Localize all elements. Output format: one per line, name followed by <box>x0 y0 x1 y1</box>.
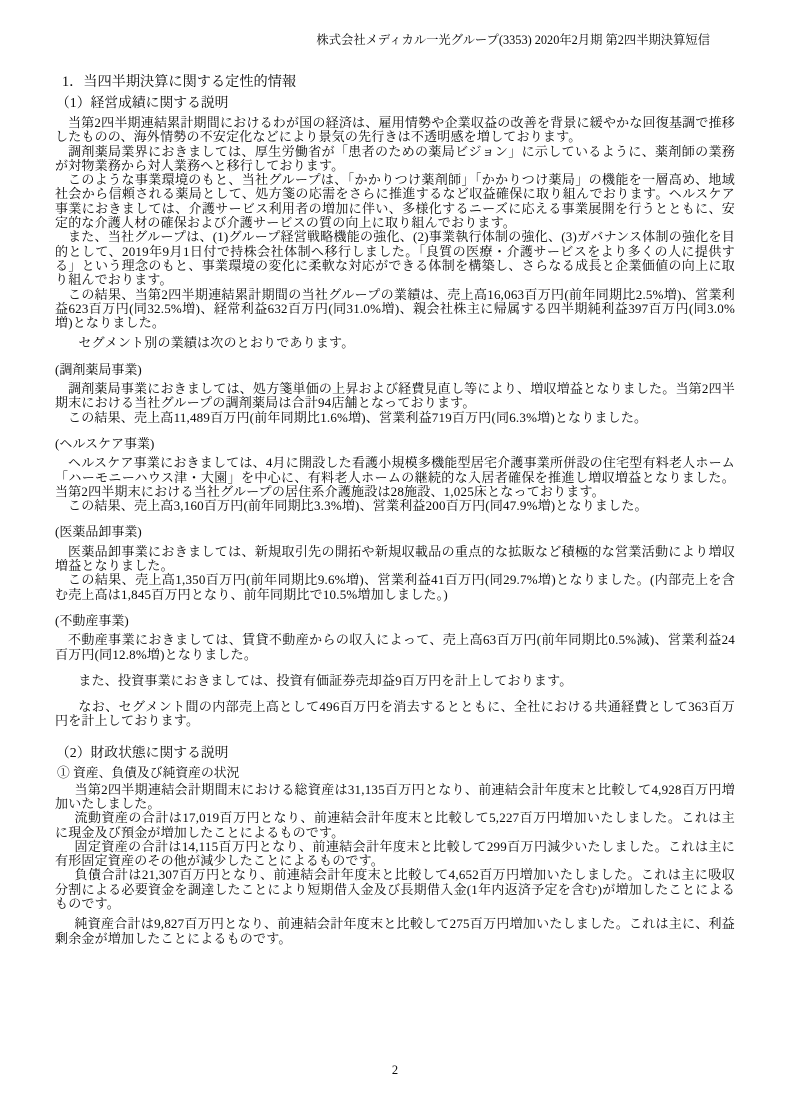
report-page: 株式会社メディカル一光グループ(3353) 2020年2月期 第2四半期決算短信… <box>0 0 790 1118</box>
doc-header: 株式会社メディカル一光グループ(3353) 2020年2月期 第2四半期決算短信 <box>55 33 735 48</box>
paragraph-investment-business: また、投資事業におきましては、投資有価証券売却益9百万円を計上しております。 <box>55 674 735 688</box>
paragraph-healthcare-results: この結果、売上高3,160百万円(前年同期比3.3%増)、営業利益200百万円(… <box>55 499 735 513</box>
paragraph-dispensing-pharmacy: 調剤薬局事業におきましては、処方箋単価の上昇および経費見直し等により、増収増益と… <box>55 382 735 411</box>
paragraph-consolidated-results: この結果、当第2四半期連結累計期間の当社グループの業績は、売上高16,063百万… <box>55 288 735 331</box>
paragraph-pharmacy-industry: 調剤薬局業界におきましては、厚生労働省が「患者のための薬局ビジョン」に示している… <box>55 145 735 174</box>
paragraph-segment-intro: セグメント別の業績は次のとおりであります。 <box>55 336 735 350</box>
segment-label-healthcare: (ヘルスケア事業) <box>55 437 735 451</box>
paragraph-business-environment: このような事業環境のもと、当社グループは、「かかりつけ薬剤師」「かかりつけ薬局」… <box>55 173 735 230</box>
paragraph-holding-company: また、当社グループは、(1)グループ経営戦略機能の強化、(2)事業執行体制の強化… <box>55 230 735 287</box>
paragraph-dispensing-pharmacy-results: この結果、売上高11,489百万円(前年同期比1.6%増)、営業利益719百万円… <box>55 411 735 425</box>
assets-liabilities-equity-heading: ① 資産、負債及び純資産の状況 <box>57 765 735 781</box>
segment-label-dispensing-pharmacy: (調剤薬局事業) <box>55 363 735 377</box>
section1-heading: 1．当四半期決算に関する定性的情報 <box>62 73 735 91</box>
paragraph-net-assets: 純資産合計は9,827百万円となり、前連結会計年度末と比較して275百万円増加い… <box>55 917 735 946</box>
paragraph-total-assets: 当第2四半期連結会計期間末における総資産は31,135百万円となり、前連結会計年… <box>55 783 735 812</box>
paragraph-real-estate: 不動産事業におきましては、賃貸不動産からの収入によって、売上高63百万円(前年同… <box>55 633 735 662</box>
paragraph-current-assets: 流動資産の合計は17,019百万円となり、前連結会計年度末と比較して5,227百… <box>55 811 735 840</box>
paragraph-intersegment-elimination: なお、セグメント間の内部売上高として496百万円を消去するとともに、全社における… <box>55 700 735 729</box>
paragraph-economy: 当第2四半期連結累計期間におけるわが国の経済は、雇用情勢や企業収益の改善を背景に… <box>55 116 735 145</box>
paragraph-pharmaceutical-wholesale: 医薬品卸事業におきましては、新規取引先の開拓や新規収載品の重点的な拡販など積極的… <box>55 545 735 574</box>
segment-label-real-estate: (不動産事業) <box>55 614 735 628</box>
page-number: 2 <box>0 1063 790 1078</box>
paragraph-fixed-assets: 固定資産の合計は14,115百万円となり、前連結会計年度末と比較して299百万円… <box>55 840 735 869</box>
paragraph-healthcare: ヘルスケア事業におきましては、4月に開設した看護小規模多機能型居宅介護事業所併設… <box>55 456 735 499</box>
business-results-heading: （1）経営成績に関する説明 <box>56 94 735 112</box>
paragraph-liabilities: 負債合計は21,307百万円となり、前連結会計年度末と比較して4,652百万円増… <box>55 868 735 911</box>
segment-label-pharmaceutical-wholesale: (医薬品卸事業) <box>55 525 735 539</box>
paragraph-pharmaceutical-wholesale-results: この結果、売上高1,350百万円(前年同期比9.6%増)、営業利益41百万円(同… <box>55 573 735 602</box>
financial-position-heading: （2）財政状態に関する説明 <box>56 744 735 762</box>
